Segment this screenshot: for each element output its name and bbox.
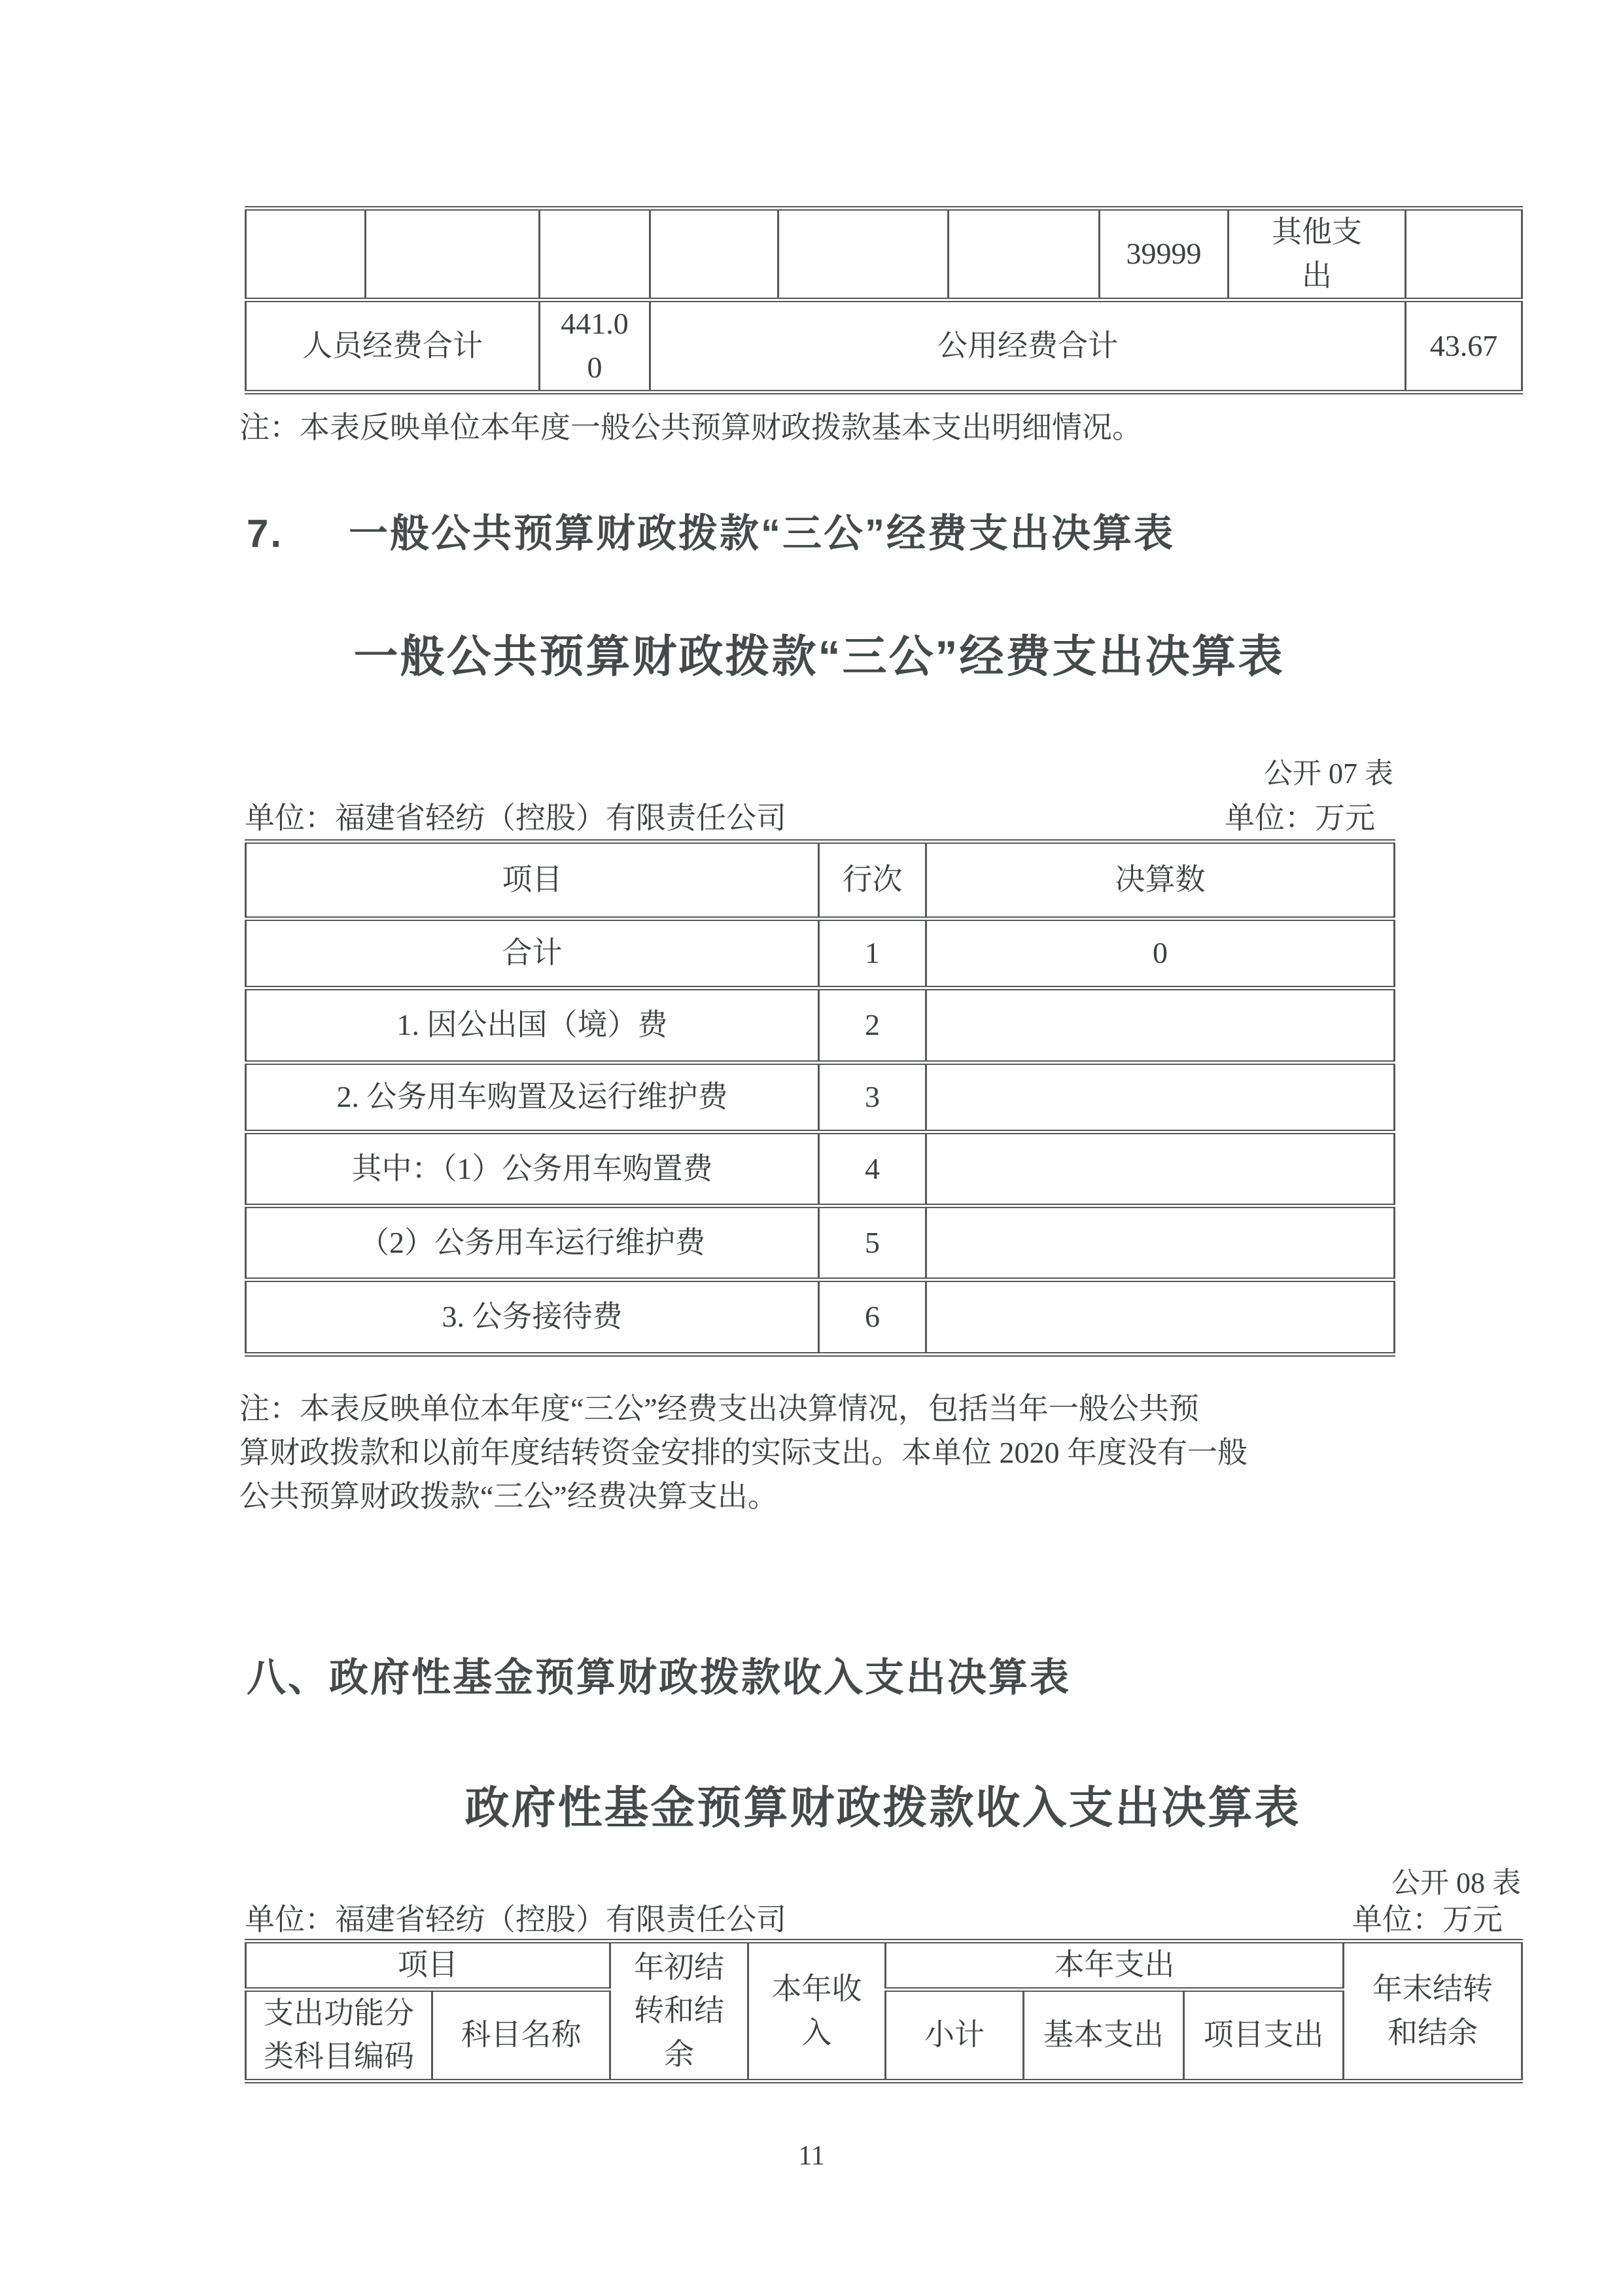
line-no-cell: 4 bbox=[819, 1132, 926, 1206]
table-row: 3. 公务接待费 6 bbox=[246, 1280, 1395, 1355]
col-header-item: 项目 bbox=[246, 842, 819, 919]
item-cell: （2）公务用车运行维护费 bbox=[246, 1206, 819, 1280]
table-header-row: 项目 行次 决算数 bbox=[246, 842, 1395, 919]
col-header-line-no: 行次 bbox=[819, 842, 926, 919]
economic-code-cell: 39999 bbox=[1100, 209, 1229, 300]
col-header-year-income: 本年收 入 bbox=[748, 1941, 886, 2081]
group-header-year-expense: 本年支出 bbox=[886, 1941, 1344, 1990]
empty-cell bbox=[246, 209, 366, 300]
line-no-cell: 5 bbox=[819, 1206, 926, 1280]
line-no-cell: 6 bbox=[819, 1280, 926, 1355]
empty-cell bbox=[949, 209, 1100, 300]
col-header-project-expense: 项目支出 bbox=[1184, 1989, 1344, 2081]
line-no-cell: 2 bbox=[819, 988, 926, 1063]
personnel-total-label-cell: 人员经费合计 bbox=[246, 300, 540, 392]
section7-heading-text: 一般公共预算财政拨款“三公”经费支出决算表 bbox=[349, 512, 1175, 555]
personnel-total-value-cell: 441.0 0 bbox=[540, 300, 650, 392]
col-header-opening-balance: 年初结 转和结 余 bbox=[610, 1941, 748, 2081]
table-header-row: 项目 年初结 转和结 余 本年收 入 本年支出 年末结转 和结余 bbox=[246, 1941, 1522, 1990]
value-cell bbox=[926, 1132, 1395, 1206]
section7-heading: 7.一般公共预算财政拨款“三公”经费支出决算表 bbox=[247, 502, 1175, 559]
table07-code: 公开 07 表 bbox=[245, 750, 1412, 791]
line-no-cell: 1 bbox=[819, 919, 926, 988]
table07-org-label: 单位：福建省轻纺（控股）有限责任公司 bbox=[245, 794, 786, 837]
item-cell: 3. 公务接待费 bbox=[246, 1280, 819, 1355]
group-header-project: 项目 bbox=[246, 1941, 610, 1990]
table08-title: 政府性基金预算财政拨款收入支出决算表 bbox=[245, 1773, 1521, 1836]
section8-heading: 八、政府性基金预算财政拨款收入支出决算表 bbox=[247, 1646, 1071, 1703]
value-cell bbox=[926, 988, 1395, 1063]
table07-unit-line: 单位：福建省轻纺（控股）有限责任公司 单位：万元 bbox=[245, 794, 1393, 837]
value-cell: 0 bbox=[926, 919, 1395, 988]
table-row: （2）公务用车运行维护费 5 bbox=[246, 1206, 1395, 1280]
page-number: 11 bbox=[0, 2140, 1623, 2172]
value-cell bbox=[926, 1206, 1395, 1280]
table08-code: 公开 08 表 bbox=[245, 1859, 1539, 1901]
public-total-label-cell: 公用经费合计 bbox=[650, 300, 1406, 392]
table08-unit-line: 单位：福建省轻纺（控股）有限责任公司 单位：万元 bbox=[245, 1896, 1521, 1939]
table-row: 其中：（1）公务用车购置费 4 bbox=[246, 1132, 1395, 1206]
section7-heading-number: 7. bbox=[247, 511, 283, 556]
value-cell bbox=[926, 1280, 1395, 1355]
sangong-expense-table: 项目 行次 决算数 合计 1 0 1. 因公出国（境）费 2 2. 公务用车购置… bbox=[245, 839, 1395, 1357]
table08-unit-label: 单位：万元 bbox=[1352, 1896, 1521, 1939]
table-row: 2. 公务用车购置及运行维护费 3 bbox=[246, 1063, 1395, 1132]
item-cell: 2. 公务用车购置及运行维护费 bbox=[246, 1063, 819, 1132]
col-header-subject-name: 科目名称 bbox=[432, 1989, 610, 2081]
table07-title: 一般公共预算财政拨款“三公”经费支出决算表 bbox=[245, 621, 1393, 685]
item-cell: 1. 因公出国（境）费 bbox=[246, 988, 819, 1063]
public-total-value-cell: 43.67 bbox=[1406, 300, 1522, 392]
table08-org-label: 单位：福建省轻纺（控股）有限责任公司 bbox=[245, 1896, 786, 1939]
government-fund-table-header: 项目 年初结 转和结 余 本年收 入 本年支出 年末结转 和结余 支出功能分 类… bbox=[245, 1939, 1523, 2083]
table-row: 人员经费合计 441.0 0 公用经费合计 43.67 bbox=[246, 300, 1522, 392]
col-header-basic-expense: 基本支出 bbox=[1024, 1989, 1184, 2081]
item-cell: 其中：（1）公务用车购置费 bbox=[246, 1132, 819, 1206]
table-row: 39999 其他支 出 bbox=[246, 209, 1522, 300]
scanned-document-page: { "colors": { "page_background": "#fefef… bbox=[0, 0, 1623, 2296]
value-cell bbox=[926, 1063, 1395, 1132]
note-sangong: 注：本表反映单位本年度“三公”经费支出决算情况，包括当年一般公共预 算财政拨款和… bbox=[239, 1387, 1437, 1518]
item-cell: 合计 bbox=[246, 919, 819, 988]
basic-expenditure-detail-table-tail: 39999 其他支 出 人员经费合计 441.0 0 公用经费合计 43.67 bbox=[245, 206, 1523, 394]
economic-name-cell: 其他支 出 bbox=[1229, 209, 1406, 300]
col-header-closing-balance: 年末结转 和结余 bbox=[1344, 1941, 1522, 2081]
empty-cell bbox=[778, 209, 949, 300]
col-header-final-amount: 决算数 bbox=[926, 842, 1395, 919]
note-basic-expenditure: 注：本表反映单位本年度一般公共预算财政拨款基本支出明细情况。 bbox=[239, 406, 1417, 449]
empty-cell bbox=[366, 209, 540, 300]
empty-cell bbox=[650, 209, 778, 300]
table07-unit-label: 单位：万元 bbox=[1225, 794, 1393, 837]
col-header-subtotal: 小计 bbox=[886, 1989, 1024, 2081]
line-no-cell: 3 bbox=[819, 1063, 926, 1132]
table-row: 合计 1 0 bbox=[246, 919, 1395, 988]
table-row: 1. 因公出国（境）费 2 bbox=[246, 988, 1395, 1063]
col-header-function-code: 支出功能分 类科目编码 bbox=[246, 1989, 432, 2081]
empty-cell bbox=[1406, 209, 1522, 300]
empty-cell bbox=[540, 209, 650, 300]
